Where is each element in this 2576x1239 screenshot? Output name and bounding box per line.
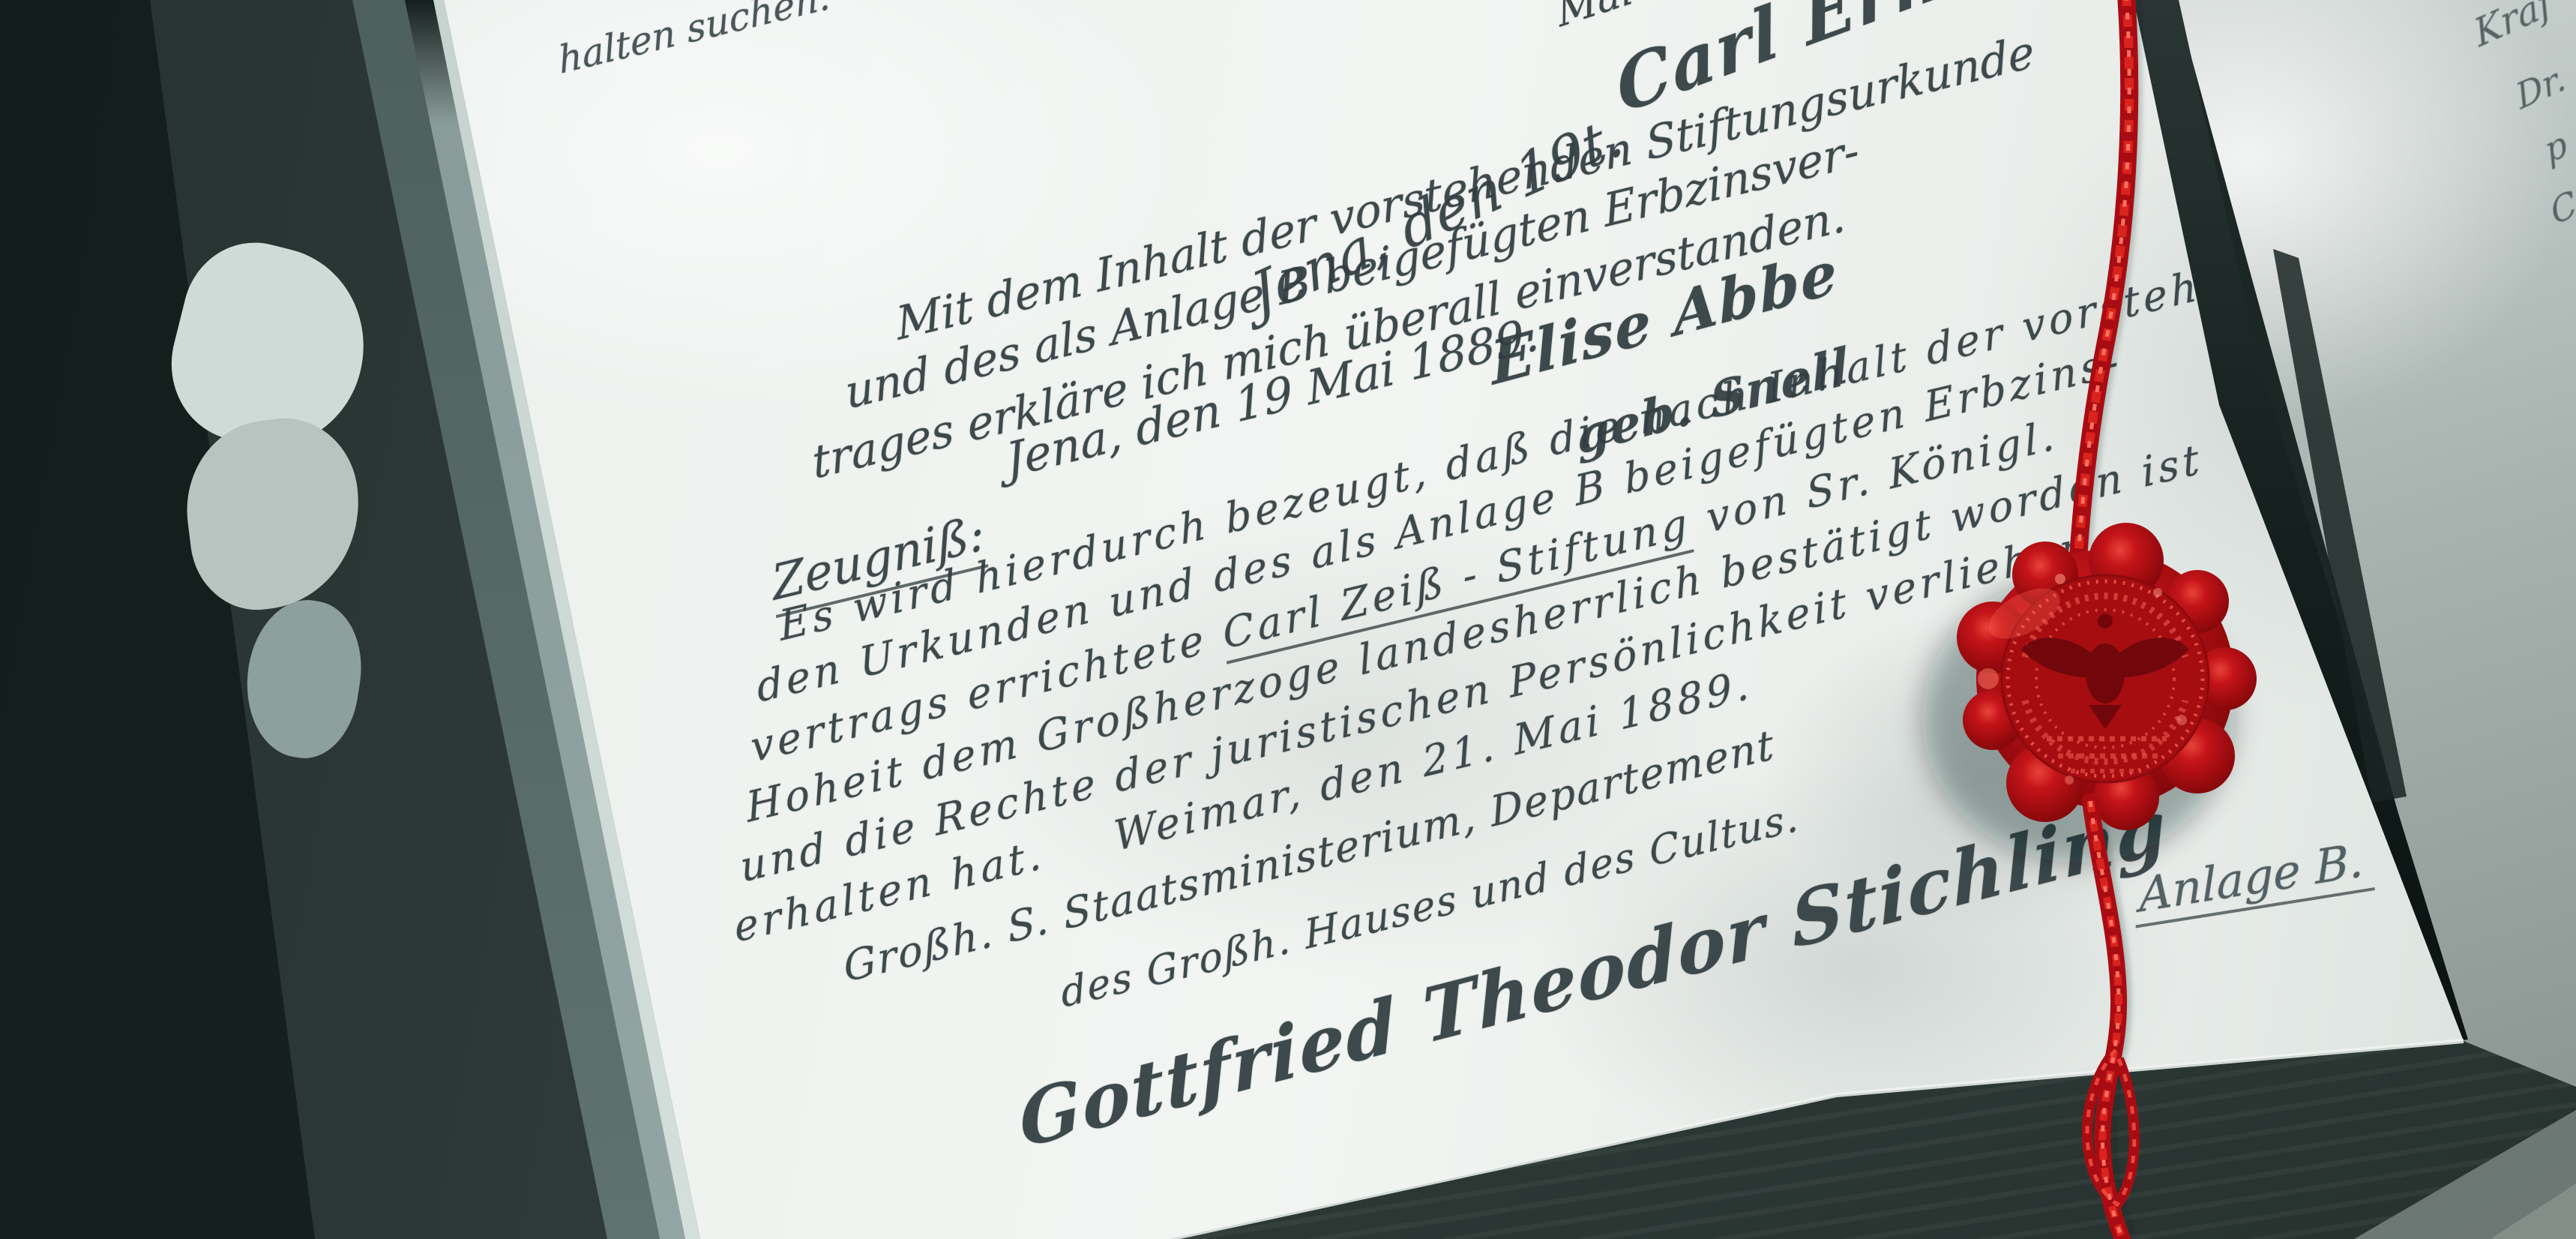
annex-label-text: Anlage B.	[2134, 830, 2375, 928]
spacer	[1046, 850, 1116, 867]
annex-label: Anlage B.	[2134, 830, 2374, 923]
book-photograph: halten suchen. Jena, den 19t. Mai 1889. …	[0, 0, 2576, 1239]
fragment-previous-text: halten suchen.	[556, 0, 832, 82]
